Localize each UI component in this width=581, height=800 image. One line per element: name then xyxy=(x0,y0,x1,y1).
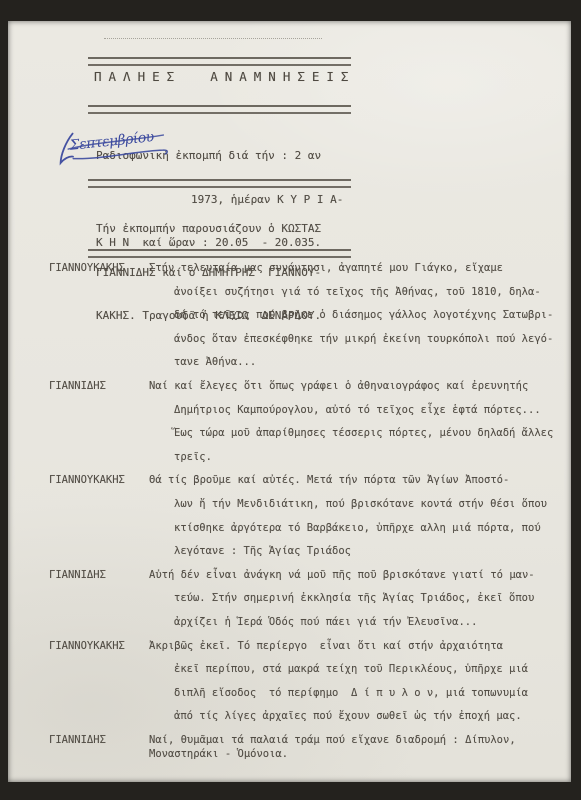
dialogue-line: κτίσθηκε ἀργότερα τό Βαρβάκειο, ὑπῆρχε α… xyxy=(49,522,561,546)
dialogue-line: Μοναστηράκι - Ὁμόνοια. xyxy=(49,748,561,762)
dialogue-text: Ναί καί ἔλεγες ὅτι ὅπως γράφει ὁ ἀθηναιο… xyxy=(149,380,528,392)
presenters-line: Τήν ἐκπομπήν παρουσιάζουν ὁ ΚΩΣΤΑΣ xyxy=(96,222,321,237)
dialogue-line: λεγότανε : Τῆς Ἁγίας Τριάδος xyxy=(49,545,561,569)
dialogue-block: ΓΙΑΝΝΟΥΚΑΚΗΣΣτήν τελευταία μας συνάντησι… xyxy=(49,262,561,380)
dialogue-line: τανε Ἀθήνα... xyxy=(49,356,561,380)
dialogue-line: ἀνοίξει συζήτησι γιά τό τεῖχος τῆς Ἀθήνα… xyxy=(49,286,561,310)
dialogue-transcript: ΓΙΑΝΝΟΥΚΑΚΗΣΣτήν τελευταία μας συνάντησι… xyxy=(49,262,561,762)
dialogue-text: Στήν τελευταία μας συνάντησι, ἀγαπητέ μο… xyxy=(149,262,503,274)
scan-background: { "document": { "title": "ΠΑΛΗΕΣ ΑΝΑΜΝΗΣ… xyxy=(0,0,581,800)
dialogue-block: ΓΙΑΝΝΟΥΚΑΚΗΣΘά τίς βροῦμε καί αὐτές. Μετ… xyxy=(49,474,561,568)
dialogue-block: ΓΙΑΝΝΟΥΚΑΚΗΣἈκριβῶς ἐκεῖ. Τό περίεργο εἶ… xyxy=(49,640,561,734)
dialogue-line: διπλῆ εἴσοδος τό περίφημο Δ ί π υ λ ο ν,… xyxy=(49,687,561,711)
dialogue-text: Θά τίς βροῦμε καί αὐτές. Μετά τήν πόρτα … xyxy=(149,474,509,486)
speaker-label: ΓΙΑΝΝΟΥΚΑΚΗΣ xyxy=(49,640,149,652)
dialogue-line: ἀπό τίς λίγες ἀρχαῖες πού ἔχουν σωθεῖ ὡς… xyxy=(49,710,561,734)
dialogue-line: Ἕως τώρα μοῦ ἀπαρίθμησες τέσσερις πόρτες… xyxy=(49,427,561,451)
dialogue-line: τρεῖς. xyxy=(49,451,561,475)
dialogue-line: ΓΙΑΝΝΟΥΚΑΚΗΣΣτήν τελευταία μας συνάντησι… xyxy=(49,262,561,286)
dialogue-line: ΓΙΑΝΝΙΔΗΣΝαί, θυμᾶμαι τά παλαιά τράμ πού… xyxy=(49,734,561,748)
dialogue-block: ΓΙΑΝΝΙΔΗΣΝαί καί ἔλεγες ὅτι ὅπως γράφει … xyxy=(49,380,561,474)
speaker-label: ΓΙΑΝΝΙΔΗΣ xyxy=(49,734,149,746)
speaker-label: ΓΙΑΝΝΟΥΚΑΚΗΣ xyxy=(49,474,149,486)
dialogue-block: ΓΙΑΝΝΙΔΗΣΑὐτή δέν εἶναι ἀνάγκη νά μοῦ πῆ… xyxy=(49,569,561,640)
double-rule xyxy=(88,249,351,258)
dialogue-text: Ἀκριβῶς ἐκεῖ. Τό περίεργο εἶναι ὅτι καί … xyxy=(149,640,503,652)
dialogue-line: άνδος ὅταν ἐπεσκέφθηκε τήν μικρή ἐκείνη … xyxy=(49,333,561,357)
dialogue-line: ΓΙΑΝΝΟΥΚΑΚΗΣΘά τίς βροῦμε καί αὐτές. Μετ… xyxy=(49,474,561,498)
page-title: ΠΑΛΗΕΣ ΑΝΑΜΝΗΣΕΙΣ xyxy=(94,69,355,84)
speaker-label: ΓΙΑΝΝΙΔΗΣ xyxy=(49,569,149,581)
dialogue-line: λων ἤ τήν Μενδιδιάτικη, πού βρισκότανε κ… xyxy=(49,498,561,522)
speaker-label: ΓΙΑΝΝΙΔΗΣ xyxy=(49,380,149,392)
double-rule xyxy=(88,57,351,66)
double-rule xyxy=(88,179,351,188)
dialogue-text: Αὐτή δέν εἶναι ἀνάγκη νά μοῦ πῆς ποῦ βρι… xyxy=(149,569,535,581)
dialogue-line: ἀρχίζει ἡ Ἱερά Ὁδός πού πάει γιά τήν Ἐλε… xyxy=(49,616,561,640)
dialogue-line: τεύω. Στήν σημερινή ἐκκλησία τῆς Ἁγίας Τ… xyxy=(49,592,561,616)
dialogue-line: Δημήτριος Καμπούρογλου, αὐτό τό τεῖχος ε… xyxy=(49,404,561,428)
dialogue-block: ΓΙΑΝΝΙΔΗΣΝαί, θυμᾶμαι τά παλαιά τράμ πού… xyxy=(49,734,561,762)
dialogue-line: ΓΙΑΝΝΟΥΚΑΚΗΣἈκριβῶς ἐκεῖ. Τό περίεργο εἶ… xyxy=(49,640,561,664)
double-rule xyxy=(88,105,351,114)
dialogue-line: ἐκεῖ περίπου, στά μακρά τείχη τοῦ Περικλ… xyxy=(49,663,561,687)
document-page: ΠΑΛΗΕΣ ΑΝΑΜΝΗΣΕΙΣ Ραδιοφωνική ἐκπομπή δι… xyxy=(8,21,571,782)
speaker-label: ΓΙΑΝΝΟΥΚΑΚΗΣ xyxy=(49,262,149,274)
dialogue-line: ΓΙΑΝΝΙΔΗΣΑὐτή δέν εἶναι ἀνάγκη νά μοῦ πῆ… xyxy=(49,569,561,593)
fold-dotted-line xyxy=(104,38,322,39)
dialogue-text: Ναί, θυμᾶμαι τά παλαιά τράμ πού εἴχανε δ… xyxy=(149,734,516,746)
dialogue-line: δή τό τεῖχος πού βρῆκε ὁ διάσημος γάλλος… xyxy=(49,309,561,333)
dialogue-line: ΓΙΑΝΝΙΔΗΣΝαί καί ἔλεγες ὅτι ὅπως γράφει … xyxy=(49,380,561,404)
